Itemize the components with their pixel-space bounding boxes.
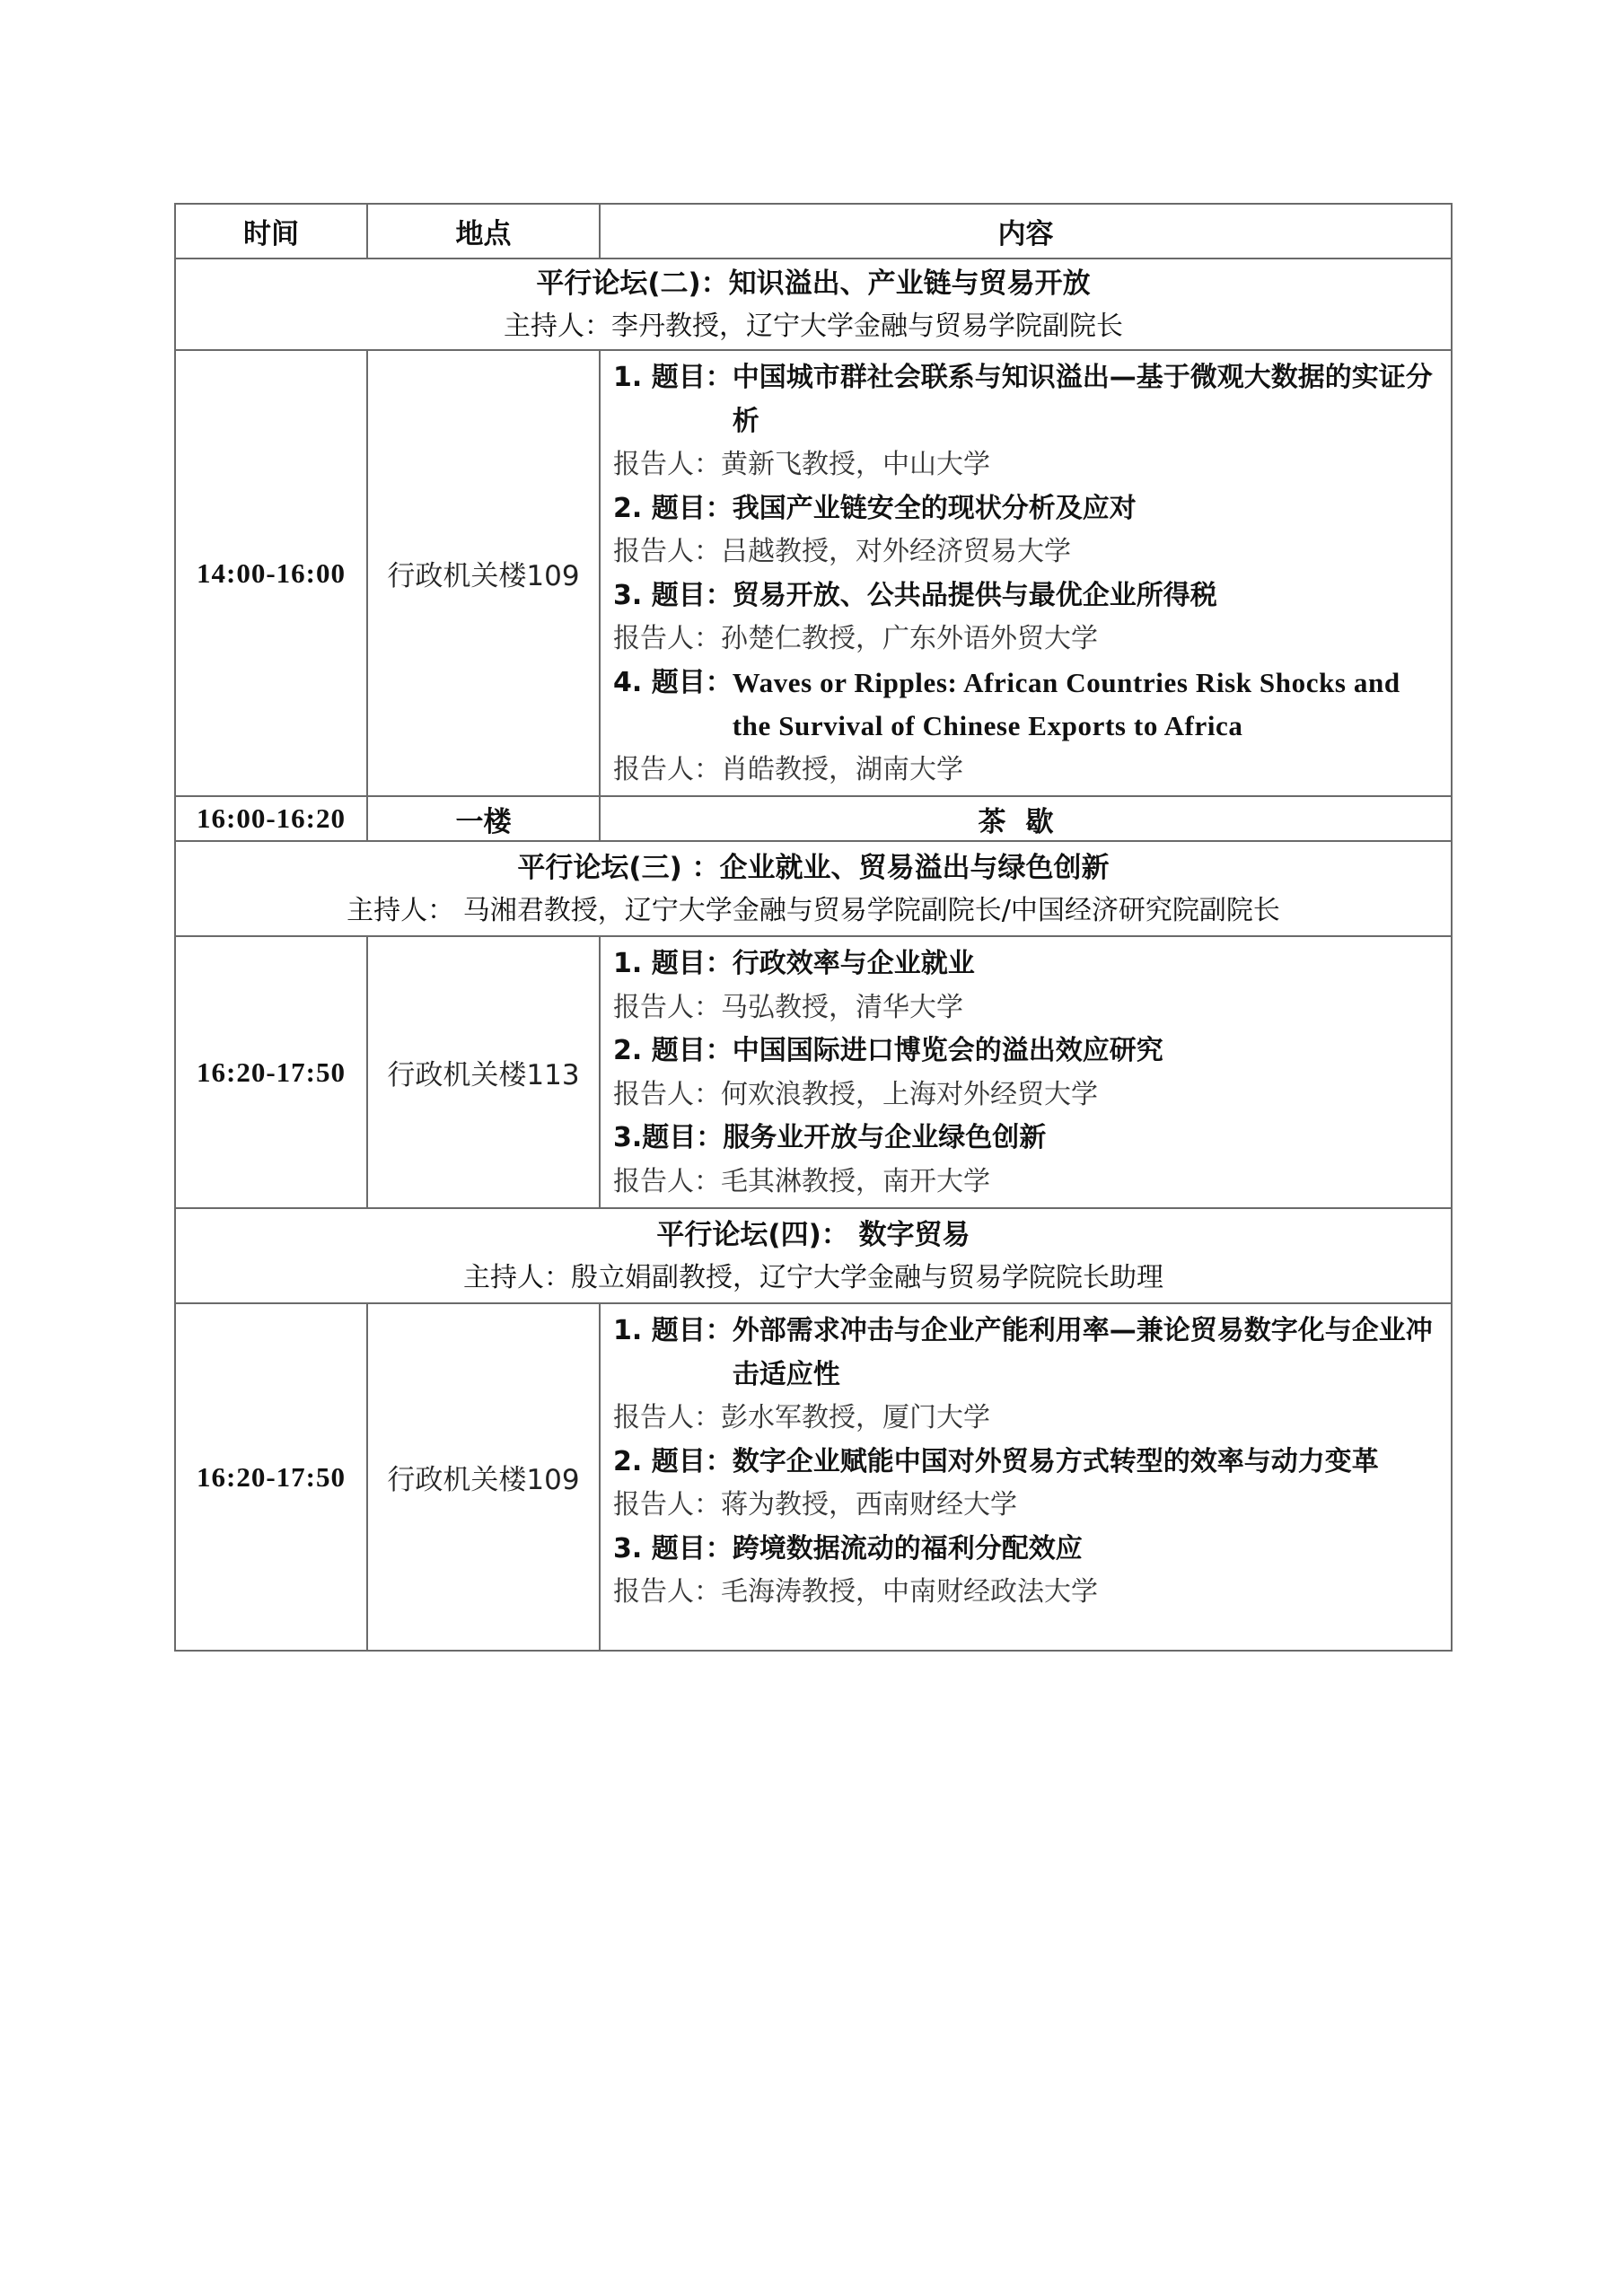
forum-2-session-row: 14:00-16:00 行政机关楼109 1. 题目：中国城市群社会联系与知识溢… <box>175 350 1452 796</box>
forum-3-host: 主持人： 马湘君教授，辽宁大学金融与贸易学院副院长/中国经济研究院副院长 <box>176 890 1451 932</box>
talk-speaker: 报告人：何欢浪教授，上海对外经贸大学 <box>613 1074 1438 1117</box>
tea-break-label: 茶歇 <box>600 796 1452 841</box>
session-time: 14:00-16:00 <box>175 350 367 796</box>
forum-2-header-row: 平行论坛(二)：知识溢出、产业链与贸易开放 主持人：李丹教授，辽宁大学金融与贸易… <box>175 259 1452 350</box>
talk-speaker: 报告人：彭水军教授，厦门大学 <box>613 1397 1438 1441</box>
talk-title: 中国国际进口博览会的溢出效应研究 <box>733 1030 1438 1074</box>
talk-speaker: 报告人：吕越教授，对外经济贸易大学 <box>613 530 1438 574</box>
header-time: 时间 <box>175 204 367 259</box>
talk-item: 1. 题目：行政效率与企业就业 报告人：马弘教授，清华大学 <box>613 942 1438 1030</box>
talk-number: 1. 题目： <box>613 1310 733 1397</box>
talk-item: 3. 题目：跨境数据流动的福利分配效应 报告人：毛海涛教授，中南财经政法大学 <box>613 1528 1438 1615</box>
talk-item: 1. 题目：中国城市群社会联系与知识溢出—基于微观大数据的实证分析 报告人：黄新… <box>613 356 1438 487</box>
header-location: 地点 <box>367 204 600 259</box>
session-location: 行政机关楼109 <box>367 1303 600 1651</box>
schedule-table: 时间 地点 内容 平行论坛(二)：知识溢出、产业链与贸易开放 主持人：李丹教授，… <box>174 203 1453 1652</box>
talk-title: 外部需求冲击与企业产能利用率—兼论贸易数字化与企业冲击适应性 <box>733 1310 1438 1397</box>
session-content: 1. 题目：行政效率与企业就业 报告人：马弘教授，清华大学 2. 题目：中国国际… <box>600 936 1452 1208</box>
tea-break-row: 16:00-16:20 一楼 茶歇 <box>175 796 1452 841</box>
talk-number: 1. 题目： <box>613 942 733 986</box>
talk-item: 2. 题目：我国产业链安全的现状分析及应对 报告人：吕越教授，对外经济贸易大学 <box>613 487 1438 574</box>
talk-number: 3. 题目： <box>613 574 733 618</box>
header-row: 时间 地点 内容 <box>175 204 1452 259</box>
forum-4-session-row: 16:20-17:50 行政机关楼109 1. 题目：外部需求冲击与企业产能利用… <box>175 1303 1452 1651</box>
session-time: 16:20-17:50 <box>175 936 367 1208</box>
session-content: 1. 题目：外部需求冲击与企业产能利用率—兼论贸易数字化与企业冲击适应性 报告人… <box>600 1303 1452 1651</box>
document-page: 时间 地点 内容 平行论坛(二)：知识溢出、产业链与贸易开放 主持人：李丹教授，… <box>0 0 1624 2296</box>
forum-2-host: 主持人：李丹教授，辽宁大学金融与贸易学院副院长 <box>176 306 1451 347</box>
forum-3-title: 平行论坛(三) ：企业就业、贸易溢出与绿色创新 <box>176 846 1451 890</box>
forum-3-session-row: 16:20-17:50 行政机关楼113 1. 题目：行政效率与企业就业 报告人… <box>175 936 1452 1208</box>
talk-speaker: 报告人：蒋为教授，西南财经大学 <box>613 1484 1438 1528</box>
talk-speaker: 报告人：黄新飞教授，中山大学 <box>613 443 1438 487</box>
talk-title: 我国产业链安全的现状分析及应对 <box>733 487 1438 531</box>
header-content: 内容 <box>600 204 1452 259</box>
talk-item: 1. 题目：外部需求冲击与企业产能利用率—兼论贸易数字化与企业冲击适应性 报告人… <box>613 1310 1438 1441</box>
session-location: 行政机关楼113 <box>367 936 600 1208</box>
talk-speaker: 报告人：毛海涛教授，中南财经政法大学 <box>613 1571 1438 1615</box>
talk-number: 4. 题目： <box>613 662 733 749</box>
talk-number: 3.题目： <box>613 1117 723 1161</box>
tea-break-location: 一楼 <box>367 796 600 841</box>
talk-item: 2. 题目：数字企业赋能中国对外贸易方式转型的效率与动力变革 报告人：蒋为教授，… <box>613 1441 1438 1528</box>
talk-title: 服务业开放与企业绿色创新 <box>723 1117 1438 1161</box>
talk-speaker: 报告人：毛其淋教授，南开大学 <box>613 1161 1438 1205</box>
talk-title: 贸易开放、公共品提供与最优企业所得税 <box>733 574 1438 618</box>
talk-number: 2. 题目： <box>613 1441 733 1485</box>
talk-item: 3. 题目：贸易开放、公共品提供与最优企业所得税 报告人：孙楚仁教授，广东外语外… <box>613 574 1438 662</box>
forum-4-header-row: 平行论坛(四)： 数字贸易 主持人：殷立娟副教授，辽宁大学金融与贸易学院院长助理 <box>175 1208 1452 1303</box>
session-location: 行政机关楼109 <box>367 350 600 796</box>
talk-number: 2. 题目： <box>613 487 733 531</box>
forum-2-title: 平行论坛(二)：知识溢出、产业链与贸易开放 <box>176 261 1451 306</box>
talk-speaker: 报告人：孙楚仁教授，广东外语外贸大学 <box>613 618 1438 662</box>
talk-number: 3. 题目： <box>613 1528 733 1572</box>
talk-item: 2. 题目：中国国际进口博览会的溢出效应研究 报告人：何欢浪教授，上海对外经贸大… <box>613 1030 1438 1117</box>
tea-break-time: 16:00-16:20 <box>175 796 367 841</box>
talk-title: Waves or Ripples: African Countries Risk… <box>733 662 1438 749</box>
talk-item: 4. 题目：Waves or Ripples: African Countrie… <box>613 662 1438 793</box>
talk-item: 3.题目：服务业开放与企业绿色创新 报告人：毛其淋教授，南开大学 <box>613 1117 1438 1204</box>
session-time: 16:20-17:50 <box>175 1303 367 1651</box>
talk-title: 中国城市群社会联系与知识溢出—基于微观大数据的实证分析 <box>733 356 1438 443</box>
forum-4-title: 平行论坛(四)： 数字贸易 <box>176 1213 1451 1258</box>
session-content: 1. 题目：中国城市群社会联系与知识溢出—基于微观大数据的实证分析 报告人：黄新… <box>600 350 1452 796</box>
talk-title: 行政效率与企业就业 <box>733 942 1438 986</box>
forum-3-header-row: 平行论坛(三) ：企业就业、贸易溢出与绿色创新 主持人： 马湘君教授，辽宁大学金… <box>175 841 1452 936</box>
forum-4-host: 主持人：殷立娟副教授，辽宁大学金融与贸易学院院长助理 <box>176 1258 1451 1299</box>
talk-title: 跨境数据流动的福利分配效应 <box>733 1528 1438 1572</box>
talk-speaker: 报告人：马弘教授，清华大学 <box>613 986 1438 1030</box>
talk-number: 1. 题目： <box>613 356 733 443</box>
talk-number: 2. 题目： <box>613 1030 733 1074</box>
talk-title: 数字企业赋能中国对外贸易方式转型的效率与动力变革 <box>733 1441 1438 1485</box>
talk-speaker: 报告人：肖皓教授，湖南大学 <box>613 749 1438 793</box>
